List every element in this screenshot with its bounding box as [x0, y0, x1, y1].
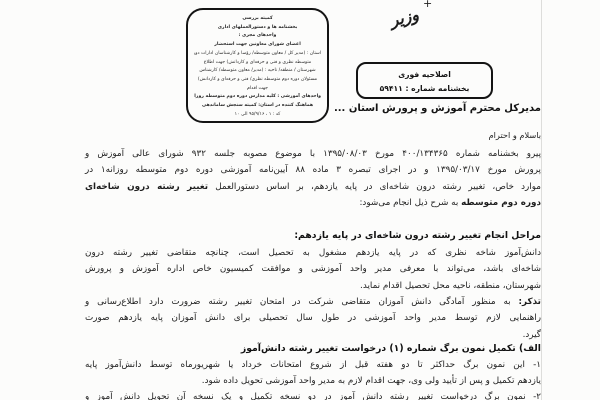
eligibility-paragraph: دانش‌آموز شاخه نظری که در پایه یازدهم مش… — [85, 245, 541, 294]
intro-paragraph: پیرو بخشنامه شماره ۴۰۰/۱۳۴۳۶۵ مورخ ۱۳۹۵/… — [85, 146, 541, 212]
paragraph-line: یازدهم تکمیل و پس از تأیید ولی وی، جهت ا… — [85, 373, 541, 389]
stamp-line: اعضای شورای معاونین جهت استحضار — [194, 41, 321, 50]
section-heading-steps: مراحل انجام تغییر رشته درون شاخه‌ای در پ… — [85, 229, 541, 243]
salutation-line: باسلام و احترام — [489, 130, 541, 140]
section-heading-form1: الف) تکمیل نمون برگ شماره (۱) درخواست تغ… — [85, 342, 541, 356]
handwritten-check-mark: + — [423, 0, 432, 10]
stamp-line: متوسطه نظری و فنی و حرفه‌ای و کاردانش) ج… — [194, 59, 321, 68]
stamp-line: کد : ۱ ، ۹۵/۹/۱۶ الی ۱۰ — [194, 111, 321, 120]
stamp-line: کمیته بررسی — [194, 15, 321, 24]
scanned-letter-page: + وزیر کمیته بررسی بخشنامه ها و دستورالع… — [0, 0, 600, 400]
paragraph-line: ۱- این نمون برگ حداکثر تا دو هفته قبل از… — [85, 357, 541, 373]
handwritten-minister-note: وزیر — [388, 5, 420, 30]
paragraph-line: راهنمایی لازم توسط مدیر واحد آموزشی در ط… — [85, 310, 541, 326]
line-text-bold: دوره دوم متوسطه — [461, 198, 541, 208]
stamp-line: مسئولان دوره دوم متوسطه نظری/ فنی و حرفه… — [194, 76, 321, 85]
line-text-bold: تغییر رشته درون شاخه‌ای — [85, 182, 208, 192]
paragraph-line: دانش‌آموز شاخه نظری که در پایه یازدهم مش… — [85, 245, 541, 261]
numbered-item-2: ۲- نمون برگ درخواست تغییر رشته دانش آموز… — [85, 389, 541, 400]
stamp-line: بخشنامه ها و دستورالعملهای اداری — [194, 24, 321, 33]
paragraph-line: موارد خاص، تغییر رشته درون شاخه‌ای در پا… — [85, 179, 541, 195]
urgent-label: اصلاحیه فوری — [358, 68, 491, 82]
stamp-line: واحدهای آموزشی : کلیه مدارس دوره دوم متو… — [194, 93, 321, 102]
stamp-line: شهرستان / منطقه/ ناحیه : (مدیر/ معاون مت… — [194, 67, 321, 76]
stamp-line: هماهنگ کننده در استان: کمیته سنجش ساماند… — [194, 102, 321, 111]
note-paragraph: تذکر: به منظور آمادگی دانش آموزان متقاضی… — [85, 294, 541, 343]
paragraph-line: شاخه‌ای باشد، می‌تواند با معرفی مدیر واح… — [85, 261, 541, 277]
line-text: موارد خاص، تغییر رشته درون شاخه‌ای در پا… — [208, 182, 541, 192]
note-label: تذکر: — [519, 297, 542, 307]
paragraph-line: ۲- نمون برگ درخواست تغییر رشته دانش آموز… — [85, 389, 541, 400]
paragraph-line: گیرد. — [85, 327, 541, 343]
distribution-stamp-box: کمیته بررسی بخشنامه ها و دستورالعملهای ا… — [186, 8, 329, 123]
paragraph-line: تذکر: به منظور آمادگی دانش آموزان متقاضی… — [85, 294, 541, 310]
line-text: به منظور آمادگی دانش آموزان متقاضی شرکت … — [85, 297, 519, 307]
paragraph-line: پرورش مورخ ۱۳۹۵/۰۳/۱۷ و در اجرای تبصره ۳… — [85, 162, 541, 178]
circular-number: بخشنامه شماره : ۵۹۴۱۱ — [358, 82, 491, 96]
paragraph-line: پیرو بخشنامه شماره ۴۰۰/۱۳۴۳۶۵ مورخ ۱۳۹۵/… — [85, 146, 541, 162]
stamp-line: جهت اقدام — [194, 85, 321, 94]
stamp-line: واحدهای مجری : — [194, 32, 321, 41]
page-fold-line — [541, 0, 542, 400]
numbered-item-1: ۱- این نمون برگ حداکثر تا دو هفته قبل از… — [85, 357, 541, 390]
paragraph-line: شهرستان، منطقه، ناحیه محل تحصیل اقدام نم… — [85, 278, 541, 294]
urgent-amendment-box: اصلاحیه فوری بخشنامه شماره : ۵۹۴۱۱ — [356, 62, 493, 99]
recipient-line: مدیرکل محترم آموزش و پرورش استان ... — [334, 103, 541, 114]
stamp-line: استان : (مدیر کل / معاون متوسطه/ رؤسا و … — [194, 50, 321, 59]
paragraph-line: دوره دوم متوسطه به شرح ذیل انجام می‌شود: — [85, 195, 541, 211]
line-text: به شرح ذیل انجام می‌شود: — [359, 198, 461, 208]
